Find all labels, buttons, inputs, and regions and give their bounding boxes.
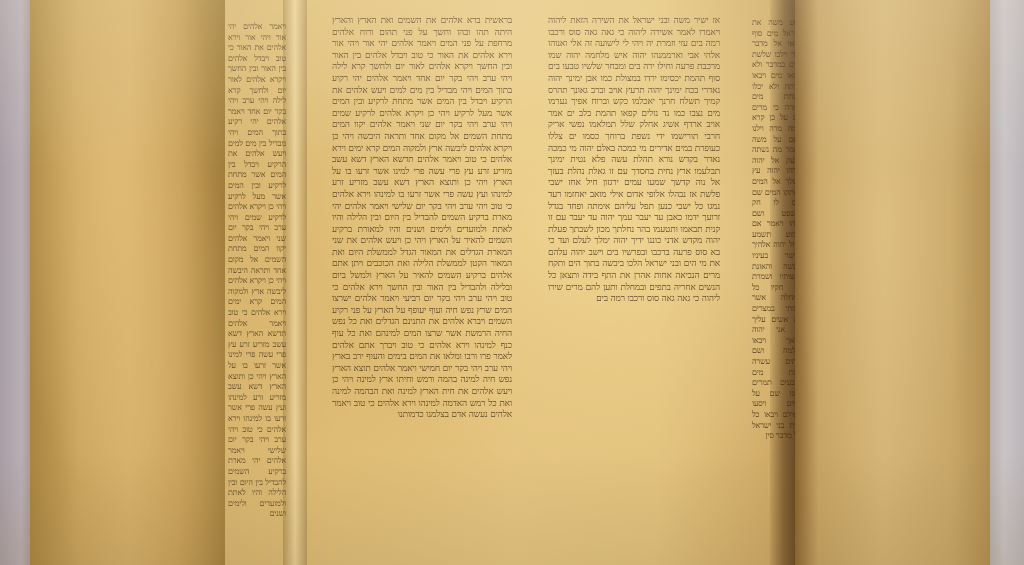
text-column-2: בראשית ברא אלהים את השמים ואת הארץ והארץ…	[332, 16, 512, 536]
parchment-fold	[283, 0, 307, 565]
background-right	[984, 0, 1024, 565]
text-column-1: ויאמר אלהים יהי אור ויהי אור וירא אלהים …	[228, 22, 286, 552]
parchment-seam-shadow	[770, 0, 798, 565]
scroll-roll-right	[795, 0, 990, 565]
text-column-3: אז ישיר משה ובני ישראל את השירה הזאת ליה…	[548, 16, 720, 536]
scroll-roll-left	[30, 0, 230, 565]
